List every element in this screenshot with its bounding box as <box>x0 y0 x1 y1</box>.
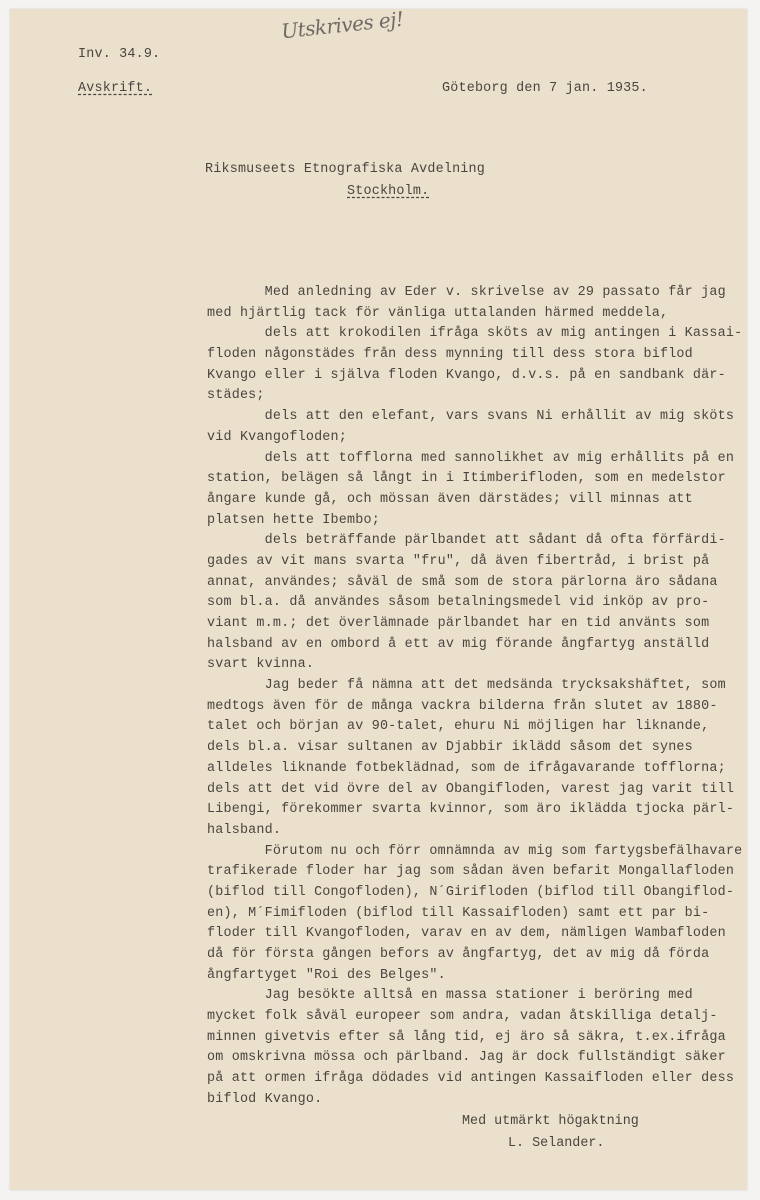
body-line: mycket folk såväl europeer som andra, va… <box>207 1007 760 1028</box>
body-line: Med anledning av Eder v. skrivelse av 29… <box>207 283 760 304</box>
body-line: dels bl.a. visar sultanen av Djabbir ikl… <box>207 738 760 759</box>
body-line: viant m.m.; det överlämnade pärlbandet h… <box>207 614 760 635</box>
body-line: halsband av en ombord å ett av mig föran… <box>207 635 760 656</box>
body-line: talet och början av 90-talet, ehuru Ni m… <box>207 717 760 738</box>
body-line: dels att den elefant, vars svans Ni erhå… <box>207 407 760 428</box>
signature: L. Selander. <box>508 1136 604 1151</box>
body-line: halsband. <box>207 821 760 842</box>
body-line: gades av vit mans svarta "fru", då även … <box>207 552 760 573</box>
body-line: om omskrivna mössa och pärlband. Jag är … <box>207 1048 760 1069</box>
body-line: platsen hette Ibembo; <box>207 511 760 532</box>
body-line: Jag besökte alltså en massa stationer i … <box>207 986 760 1007</box>
body-line: städes; <box>207 386 760 407</box>
body-line: Libengi, förekommer svarta kvinnor, som … <box>207 800 760 821</box>
body-line: Jag beder få nämna att det medsända tryc… <box>207 676 760 697</box>
body-line: som bl.a. då användes såsom betalningsme… <box>207 593 760 614</box>
body-line: annat, användes; såväl de små som de sto… <box>207 573 760 594</box>
place-and-date: Göteborg den 7 jan. 1935. <box>442 79 648 99</box>
body-line: dels att krokodilen ifråga sköts av mig … <box>207 324 760 345</box>
body-line: dels att tofflorna med sannolikhet av mi… <box>207 449 760 470</box>
body-line: Kvango eller i själva floden Kvango, d.v… <box>207 366 760 387</box>
body-line: biflod Kvango. <box>207 1090 760 1111</box>
body-line: då för första gången befors av ångfartyg… <box>207 945 760 966</box>
recipient-name: Riksmuseets Etnografiska Avdelning <box>205 160 485 180</box>
body-line: floden någonstädes från dess mynning til… <box>207 345 760 366</box>
body-line: med hjärtlig tack för vänliga uttalanden… <box>207 304 760 325</box>
body-line: på att ormen ifråga dödades vid antingen… <box>207 1069 760 1090</box>
body-line: ångare kunde gå, och mössan även därstäd… <box>207 490 760 511</box>
body-line: en), M´Fimifloden (biflod till Kassaiflo… <box>207 904 760 925</box>
closing-salutation: Med utmärkt högaktning <box>462 1114 639 1129</box>
recipient-city: Stockholm. <box>347 182 429 202</box>
body-line: floder till Kvangofloden, varav en av de… <box>207 924 760 945</box>
body-line: dels beträffande pärlbandet att sådant d… <box>207 531 760 552</box>
body-line: vid Kvangofloden; <box>207 428 760 449</box>
body-line: ångfartyget "Roi des Belges". <box>207 966 760 987</box>
body-line: minnen givetvis efter så lång tid, ej är… <box>207 1028 760 1049</box>
body-line: trafikerade floder har jag som sådan äve… <box>207 862 760 883</box>
body-line: dels att det vid övre del av Obangiflode… <box>207 780 760 801</box>
letter-body: Med anledning av Eder v. skrivelse av 29… <box>207 283 760 1111</box>
body-line: Förutom nu och förr omnämnda av mig som … <box>207 842 760 863</box>
body-line: medtogs även för de många vackra bildern… <box>207 697 760 718</box>
copy-label: Avskrift. <box>78 79 152 99</box>
body-line: alldeles liknande fotbeklädnad, som de i… <box>207 759 760 780</box>
body-line: (biflod till Congofloden), N´Girifloden … <box>207 883 760 904</box>
inventory-number: Inv. 34.9. <box>78 45 160 65</box>
body-line: svart kvinna. <box>207 655 760 676</box>
body-line: station, belägen så långt in i Itimberif… <box>207 469 760 490</box>
